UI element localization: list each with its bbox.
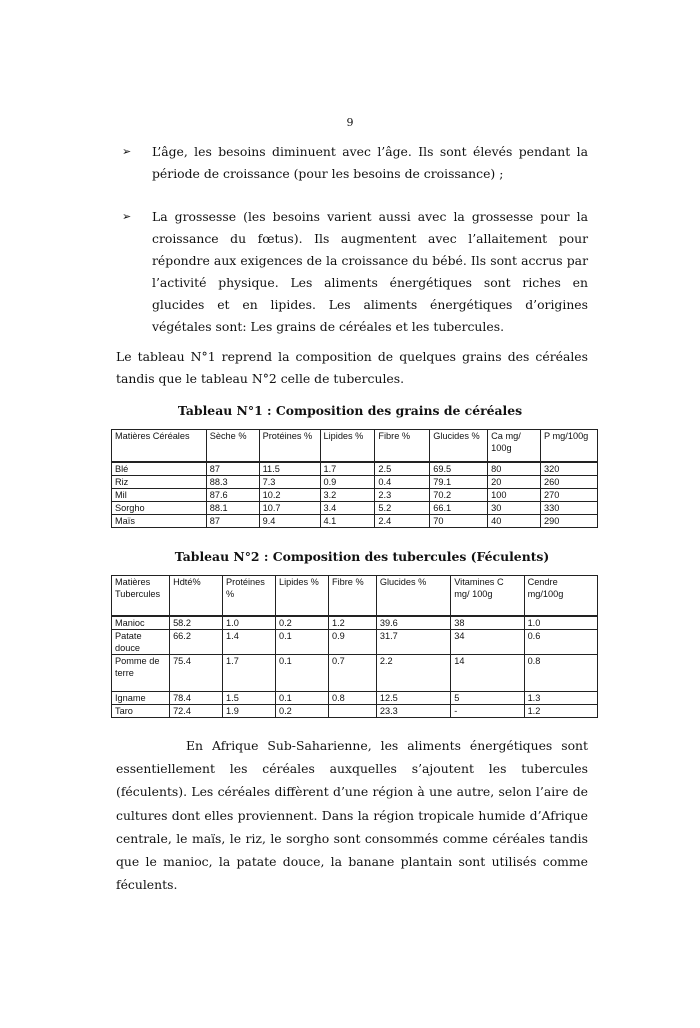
- column-header: Vitamines C mg/ 100g: [451, 576, 524, 617]
- table-cell: 2.3: [375, 489, 430, 502]
- table-cell: 87: [206, 515, 259, 528]
- table-cell: 30: [488, 502, 541, 515]
- table-row: Igname78.41.50.10.812.551.3: [112, 692, 598, 705]
- column-header: Matières Céréales: [112, 430, 207, 463]
- column-header: Cendre mg/100g: [524, 576, 597, 617]
- table-cell: 72.4: [170, 705, 223, 718]
- table-row: Patate douce66.21.40.10.931.7340.6: [112, 630, 598, 655]
- row-label-cell: Manioc: [112, 616, 170, 630]
- table-cell: 0.1: [276, 655, 329, 692]
- table-cell: 38: [451, 616, 524, 630]
- table-cell: 5.2: [375, 502, 430, 515]
- row-label-cell: Maïs: [112, 515, 207, 528]
- table-cell: 79.1: [430, 476, 488, 489]
- column-header: Matières Tubercules: [112, 576, 170, 617]
- column-header: Fibre %: [375, 430, 430, 463]
- table-cell: 1.7: [320, 462, 375, 476]
- table-cell: 70: [430, 515, 488, 528]
- table-cell: 39.6: [376, 616, 450, 630]
- table-cell: 260: [541, 476, 598, 489]
- row-label-cell: Taro: [112, 705, 170, 718]
- table-cell: 0.7: [328, 655, 376, 692]
- table-row: Riz88.37.30.90.479.120260: [112, 476, 598, 489]
- table-cell: 58.2: [170, 616, 223, 630]
- table-cell: 1.4: [223, 630, 276, 655]
- bullet-item-age: ➢ L’âge, les besoins diminuent avec l’âg…: [122, 141, 588, 185]
- table-cell: 1.5: [223, 692, 276, 705]
- table-cell: 0.9: [328, 630, 376, 655]
- table-cell: 0.8: [524, 655, 597, 692]
- table-cell: 87: [206, 462, 259, 476]
- table-cell: 0.6: [524, 630, 597, 655]
- table-cell: 40: [488, 515, 541, 528]
- table-cell: 87.6: [206, 489, 259, 502]
- column-header: Lipides %: [320, 430, 375, 463]
- table-cell: 10.2: [259, 489, 320, 502]
- table-cell: 69.5: [430, 462, 488, 476]
- table-cell: 1.7: [223, 655, 276, 692]
- arrow-bullet-icon: ➢: [122, 141, 131, 163]
- table-cell: 80: [488, 462, 541, 476]
- table-cell: 78.4: [170, 692, 223, 705]
- table-row: Maïs879.44.12.47040290: [112, 515, 598, 528]
- table-cell: 100: [488, 489, 541, 502]
- table-cell: 0.9: [320, 476, 375, 489]
- table-cell: 1.0: [524, 616, 597, 630]
- table-cell: 11.5: [259, 462, 320, 476]
- table-cell: 75.4: [170, 655, 223, 692]
- bullet-text: L’âge, les besoins diminuent avec l’âge.…: [152, 141, 588, 185]
- row-label-cell: Blé: [112, 462, 207, 476]
- table-cell: 0.2: [276, 705, 329, 718]
- table-cell: 3.4: [320, 502, 375, 515]
- table-row: Sorgho88.110.73.45.266.130330: [112, 502, 598, 515]
- page-number: 9: [0, 116, 700, 129]
- table-cell: 4.1: [320, 515, 375, 528]
- column-header: Sèche %: [206, 430, 259, 463]
- table-cell: 31.7: [376, 630, 450, 655]
- row-label-cell: Mil: [112, 489, 207, 502]
- table-cell: 320: [541, 462, 598, 476]
- row-label-cell: Sorgho: [112, 502, 207, 515]
- bullet-text: La grossesse (les besoins varient aussi …: [152, 206, 588, 338]
- table-cell: 1.2: [328, 616, 376, 630]
- table-tubercules: Matières TuberculesHdté%Protéines %Lipid…: [111, 575, 598, 718]
- table-cell: 5: [451, 692, 524, 705]
- table-cell: 270: [541, 489, 598, 502]
- column-header: Protéines %: [259, 430, 320, 463]
- table-cell: 2.2: [376, 655, 450, 692]
- table-cereales: Matières CéréalesSèche %Protéines %Lipid…: [111, 429, 598, 528]
- table-cell: 0.1: [276, 692, 329, 705]
- table-cell: 66.2: [170, 630, 223, 655]
- table-cell: 3.2: [320, 489, 375, 502]
- table-cell: 23.3: [376, 705, 450, 718]
- table1-caption: Tableau N°1 : Composition des grains de …: [0, 403, 700, 418]
- column-header: Glucides %: [376, 576, 450, 617]
- table-cell: 88.3: [206, 476, 259, 489]
- table-cell: [328, 705, 376, 718]
- intro-paragraph: Le tableau N°1 reprend la composition de…: [116, 346, 588, 390]
- table-cell: 330: [541, 502, 598, 515]
- row-label-cell: Pomme de terre: [112, 655, 170, 692]
- table-cell: 2.5: [375, 462, 430, 476]
- table-row: Manioc58.21.00.21.239.6381.0: [112, 616, 598, 630]
- column-header: Fibre %: [328, 576, 376, 617]
- table-row: Pomme de terre75.41.70.10.72.2140.8: [112, 655, 598, 692]
- table-cell: 34: [451, 630, 524, 655]
- table-row: Blé8711.51.72.569.580320: [112, 462, 598, 476]
- table-cell: 66.1: [430, 502, 488, 515]
- table-cell: 10.7: [259, 502, 320, 515]
- table-cell: 7.3: [259, 476, 320, 489]
- arrow-bullet-icon: ➢: [122, 206, 131, 228]
- column-header: Glucides %: [430, 430, 488, 463]
- table2-caption: Tableau N°2 : Composition des tubercules…: [12, 549, 700, 564]
- table-cell: 0.4: [375, 476, 430, 489]
- table-cell: -: [451, 705, 524, 718]
- row-label-cell: Igname: [112, 692, 170, 705]
- table-cell: 1.0: [223, 616, 276, 630]
- table-cell: 1.3: [524, 692, 597, 705]
- column-header: P mg/100g: [541, 430, 598, 463]
- table-cell: 9.4: [259, 515, 320, 528]
- table-cell: 12.5: [376, 692, 450, 705]
- bullet-item-grossesse: ➢ La grossesse (les besoins varient auss…: [122, 206, 588, 338]
- table-cell: 2.4: [375, 515, 430, 528]
- closing-paragraph: En Afrique Sub-Saharienne, les aliments …: [116, 734, 588, 896]
- column-header: Protéines %: [223, 576, 276, 617]
- table-cell: 88.1: [206, 502, 259, 515]
- table-cell: 14: [451, 655, 524, 692]
- table-header-row: Matières TuberculesHdté%Protéines %Lipid…: [112, 576, 598, 617]
- column-header: Ca mg/ 100g: [488, 430, 541, 463]
- column-header: Hdté%: [170, 576, 223, 617]
- row-label-cell: Riz: [112, 476, 207, 489]
- table-cell: 1.2: [524, 705, 597, 718]
- table-cell: 20: [488, 476, 541, 489]
- table-cell: 290: [541, 515, 598, 528]
- table-row: Taro72.41.90.223.3-1.2: [112, 705, 598, 718]
- table-cell: 70.2: [430, 489, 488, 502]
- table-cell: 0.8: [328, 692, 376, 705]
- table-cell: 0.1: [276, 630, 329, 655]
- table-cell: 0.2: [276, 616, 329, 630]
- table-cell: 1.9: [223, 705, 276, 718]
- column-header: Lipides %: [276, 576, 329, 617]
- row-label-cell: Patate douce: [112, 630, 170, 655]
- table-row: Mil87.610.23.22.370.2100270: [112, 489, 598, 502]
- table-header-row: Matières CéréalesSèche %Protéines %Lipid…: [112, 430, 598, 463]
